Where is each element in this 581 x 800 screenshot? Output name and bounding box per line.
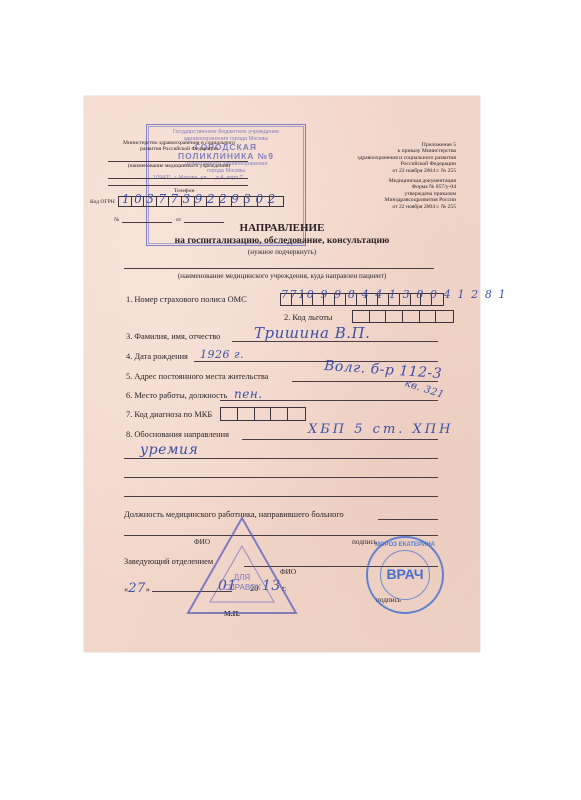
destination-caption: (наименование медицинского учреждения, к… (84, 272, 480, 280)
triangle-stamp: ДЛЯ СПРАВОК (186, 516, 298, 616)
round-stamp-center: ВРАЧ (368, 566, 442, 582)
reason-line-2[interactable] (124, 458, 438, 459)
reason-label: 8. Обоснования направления (126, 430, 229, 440)
stamp-line: Государственное бюджетное учреждение (147, 129, 305, 136)
triangle-line: СПРАВОК (223, 583, 261, 592)
address-label: 5. Адрес постоянного места жительства (126, 372, 268, 382)
ogrn-label: Код ОГРН (90, 199, 115, 205)
work-value: пен. (234, 387, 263, 401)
oms-value: 7710 9 9 8 4 4 1 3 8 0 4 1 2 8 1 (281, 288, 507, 301)
institution-line (108, 185, 248, 186)
reason-line[interactable] (242, 439, 438, 440)
stamp-line: ПОЛИКЛИНИКА №9 (147, 152, 305, 161)
ministry-line: развития Российской Федерации (104, 146, 254, 152)
name-value: Тришина В.П. (254, 324, 370, 342)
quote-close: » (146, 585, 150, 594)
appendix-line: от 22 ноября 2004 г. № 255 (300, 168, 456, 174)
form-line: от 22 ноября 2004 г. № 255 (300, 204, 456, 210)
name-label: 3. Фамилия, имя, отчество (126, 332, 220, 342)
institution-line (108, 178, 248, 179)
doctor-round-stamp: МОРОЗ ЕКАТЕРИНА ВРАЧ (366, 536, 444, 614)
icd-boxes[interactable] (220, 407, 306, 421)
appendix-block: Приложение 5 к приказу Министерства здра… (300, 142, 456, 174)
position-line[interactable] (378, 519, 438, 520)
round-stamp-text: МОРОЗ ЕКАТЕРИНА (368, 542, 442, 548)
birth-value: 1926 г. (200, 348, 244, 361)
triangle-line: ДЛЯ (234, 573, 251, 582)
reason-value: ХБП 5 ст. ХПН (308, 422, 453, 437)
reason-line-4[interactable] (124, 496, 438, 497)
benefit-boxes[interactable] (352, 310, 454, 323)
reason-line-3[interactable] (124, 477, 438, 478)
icd-label: 7. Код диагноза по МКБ (126, 410, 212, 420)
destination-line[interactable] (124, 268, 434, 269)
institution-line (108, 161, 248, 162)
document-title: НАПРАВЛЕНИЕ (84, 222, 480, 234)
birth-label: 4. Дата рождения (126, 352, 188, 362)
date-day: 27 (128, 581, 146, 596)
oms-label: 1. Номер страхового полиса ОМС (126, 295, 247, 305)
document-subtitle: на госпитализацию, обследование, консуль… (84, 235, 480, 246)
work-label: 6. Место работы, должность (126, 391, 227, 401)
referral-form-paper: Государственное бюджетное учреждение здр… (84, 96, 480, 652)
underline-hint: (нужное подчеркнуть) (84, 248, 480, 256)
form-block: Медицинская документация Форма № 057/у-0… (300, 178, 456, 210)
institution-caption: (наименование медицинского учреждения) (104, 163, 254, 169)
ogrn-value: 1037739229302 (122, 192, 280, 206)
reason-value-2: уремия (140, 442, 198, 458)
benefit-label: 2. Код льготы (284, 313, 332, 323)
ministry-name: Министерство здравоохранения и социально… (104, 140, 254, 153)
birth-line[interactable] (194, 361, 438, 362)
